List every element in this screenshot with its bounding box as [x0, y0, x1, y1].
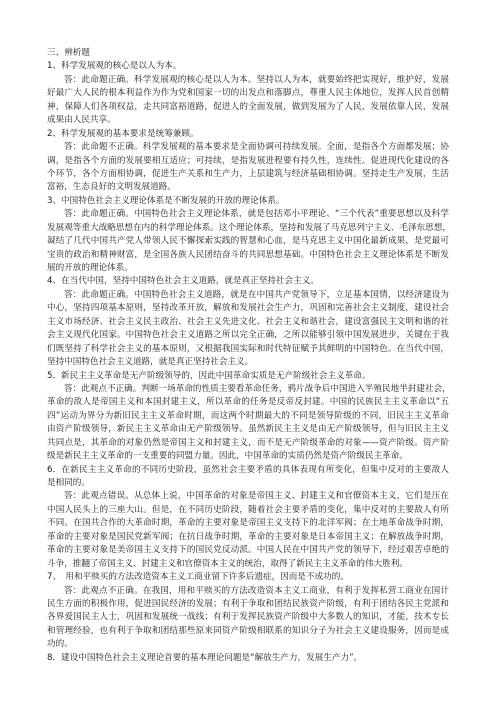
answer-text: 富裕，生态良好的文明发展道路。 — [47, 181, 449, 194]
answer-text: 坚持中国特色社会主义道路，就是真正坚持社会主义。 — [47, 356, 449, 369]
answer-text: 答：此命题正确。中国特色社会主义理论体系，就是包括邓小平理论、“三个代表”重要思… — [47, 208, 449, 221]
question-text: 2、科学发展观的基本要求是统筹兼顾。 — [47, 128, 449, 141]
question-text: 8．建设中国特色社会主义理论首要的基本理论问题是“解放生产力，发展生产力”。 — [47, 652, 449, 665]
answer-text: 主义市场经济、社会主义民主政治、社会主义先进文化、社会主义和谐社会，建设富强民主… — [47, 316, 449, 329]
question-text: 3、中国特色社会主义理论体系是不断发展的开放的理论体系。 — [47, 195, 449, 208]
question-item: 5．新民主主义革命是无产阶级领导的，因此中国革命实质是无产阶级社会主义革命。答：… — [47, 370, 449, 464]
answer-text: 展的开放的理论体系。 — [47, 262, 449, 275]
answer-text: 各界爱国民主人士，巩固和发展统一战线；有利于发挥民族资产阶级中大多数人的知识，才… — [47, 611, 449, 624]
answer-text: 革命的敌人是帝国主义和本国封建主义，所以革命的任务是反帝反封建。中国的民族民主主… — [47, 396, 449, 409]
answer-text: 民生方面的积极作用，促进国民经济的发展；有利于争取和团结民族资产阶级，有利于团结… — [47, 598, 449, 611]
answer-text: 共同点是，其革命的对象仍然是帝国主义和封建主义，而不是无产阶级革命的对象——资产… — [47, 437, 449, 450]
answer-text: 个环节，各个方面相协调，促进生产关系和生产力，上层建筑与经济基础相协调。坚持走生… — [47, 168, 449, 181]
answer-text: 斗争，推翻了帝国主义、封建主义和官僚资本主义的统治，取得了新民主主义革命的伟大胜… — [47, 558, 449, 571]
section-title: 三、辨析题 — [47, 47, 449, 60]
answer-text: 级是新民主主义革命的一支重要的同盟力量。因此，中国革命的实质仍然是资产阶级民主革… — [47, 450, 449, 463]
question-text: 是相同的。 — [47, 477, 449, 490]
question-item: 7、 用和平赎买的方法改造资本主义工商业留下许多后遗症，因而是不成功的。答：此观… — [47, 571, 449, 652]
answer-text: 宝贵的政治和精神财富，是全国各族人民团结奋斗的共同思想基础。中国特色社会主义理论… — [47, 249, 449, 262]
answer-text: 们既坚持了科学社会主义的基本原则，又根据我国实际和时代特征赋予其鲜明的中国特色。… — [47, 343, 449, 356]
answer-text: 不同。在国共合作的大革命时期，革命的主要对象是帝国主义支持下的北洋军阀；在土地革… — [47, 517, 449, 530]
answer-text: 好最广大人民的根本利益作为作为党和国家一切的出发点和落脚点，尊重人民主体地位，发… — [47, 87, 449, 100]
question-text: 7、 用和平赎买的方法改造资本主义工商业留下许多后遗症，因而是不成功的。 — [47, 571, 449, 584]
question-text: 5．新民主主义革命是无产阶级领导的，因此中国革命实质是无产阶级社会主义革命。 — [47, 370, 449, 383]
answer-text: 成果由人民共享。 — [47, 114, 449, 127]
answer-text: 由资产阶级领导，新民主主义革命由无产阶级领导。虽然新民主主义是由无产阶级领导，但… — [47, 423, 449, 436]
question-item: 2、科学发展观的基本要求是统筹兼顾。答：此命题不正确。科学发展观的基本要求是全面… — [47, 128, 449, 195]
answer-text: 中国人民头上的三座大山。但是，在不同历史阶段，随着社会主要矛盾的变化，集中反对的… — [47, 504, 449, 517]
answer-text: 革命的主要对象是国民党新军阀；在抗日战争时期，革命的主要对象是日本帝国主义；在解… — [47, 531, 449, 544]
answer-text: 中心，坚持四项基本原则，坚持改革开放，解放和发展社会生产力，巩固和完善社会主义制… — [47, 302, 449, 315]
question-item: 3、中国特色社会主义理论体系是不断发展的开放的理论体系。答：此命题正确。中国特色… — [47, 195, 449, 276]
question-item: 6．在新民主主义革命的不同历史阶段，虽然社会主要矛盾的具体表现有所变化，但集中反… — [47, 464, 449, 572]
question-text: 1、科学发展观的核心是以人为本。 — [47, 60, 449, 73]
answer-text: 答：此观点不正确。判断一场革命的性质主要看革命任务，鸦片战争后中国进入半殖民地半… — [47, 383, 449, 396]
question-text: 4、在当代中国，坚持中国特色社会主义道路，就是真正坚持社会主义。 — [47, 275, 449, 288]
answer-text: 功的。 — [47, 638, 449, 651]
answer-text: 答：此命题不正确。科学发展观的基本要求是全面协调可持续发展。全面，是指各个方面都… — [47, 141, 449, 154]
answer-text: 神，保障人们各项权益，走共同富裕道路，促进人的全面发展，做到发展为了人民，发展依… — [47, 101, 449, 114]
answer-text: 会主义现代化国家。中国特色社会主义道路之所以完全正确，之所以能够引领中国发展进步… — [47, 329, 449, 342]
answer-text: 四”运动为界分为新旧民主主义革命时期，而这两个时期最大的不同是领导阶级的不同，旧… — [47, 410, 449, 423]
question-item: 1、科学发展观的核心是以人为本。答：此命题正确。科学发展观的核心是以人为本。坚持… — [47, 60, 449, 127]
document-page: 三、辨析题 1、科学发展观的核心是以人为本。答：此命题正确。科学发展观的核心是以… — [47, 47, 449, 665]
answer-text: 和管理经验，也有利于争取和团结那些原来同资产阶级相联系的知识分子为社会主义建设服… — [47, 625, 449, 638]
question-list: 1、科学发展观的核心是以人为本。答：此命题正确。科学发展观的核心是以人为本。坚持… — [47, 60, 449, 665]
answer-text: 发展观等重大战略思想在内的科学理论体系。这个理论体系，坚持和发展了马克思列宁主义… — [47, 222, 449, 235]
question-item: 4、在当代中国，坚持中国特色社会主义道路，就是真正坚持社会主义。答：此命题正确。… — [47, 275, 449, 369]
answer-text: 凝结了几代中国共产党人带领人民不懈探索实践的智慧和心血，是马克思主义中国化最新成… — [47, 235, 449, 248]
question-item: 8．建设中国特色社会主义理论首要的基本理论问题是“解放生产力，发展生产力”。 — [47, 652, 449, 665]
answer-text: 答：此命题正确。科学发展观的核心是以人为本。坚持以人为本，就要始终把实现好，维护… — [47, 74, 449, 87]
answer-text: 革命的主要对象是美帝国主义支持下的国民党反动派。中国人民在中国共产党的领导下，经… — [47, 544, 449, 557]
question-text: 6．在新民主主义革命的不同历史阶段，虽然社会主要矛盾的具体表现有所变化，但集中反… — [47, 464, 449, 477]
answer-text: 答：此观点错误。从总体上说，中国革命的对象是帝国主义、封建主义和官僚资本主义，它… — [47, 490, 449, 503]
answer-text: 答：此观点不正确。在我国，用和平赎买的方法改造资本主义工商业，有利于发挥私营工商… — [47, 585, 449, 598]
answer-text: 调，是指各个方面的发展要相互适应；可持续，是指发展进程要有持久性，连续性。促进现… — [47, 155, 449, 168]
answer-text: 答：此命题正确。中国特色社会主义道路，就是在中国共产党领导下，立足基本国情，以经… — [47, 289, 449, 302]
